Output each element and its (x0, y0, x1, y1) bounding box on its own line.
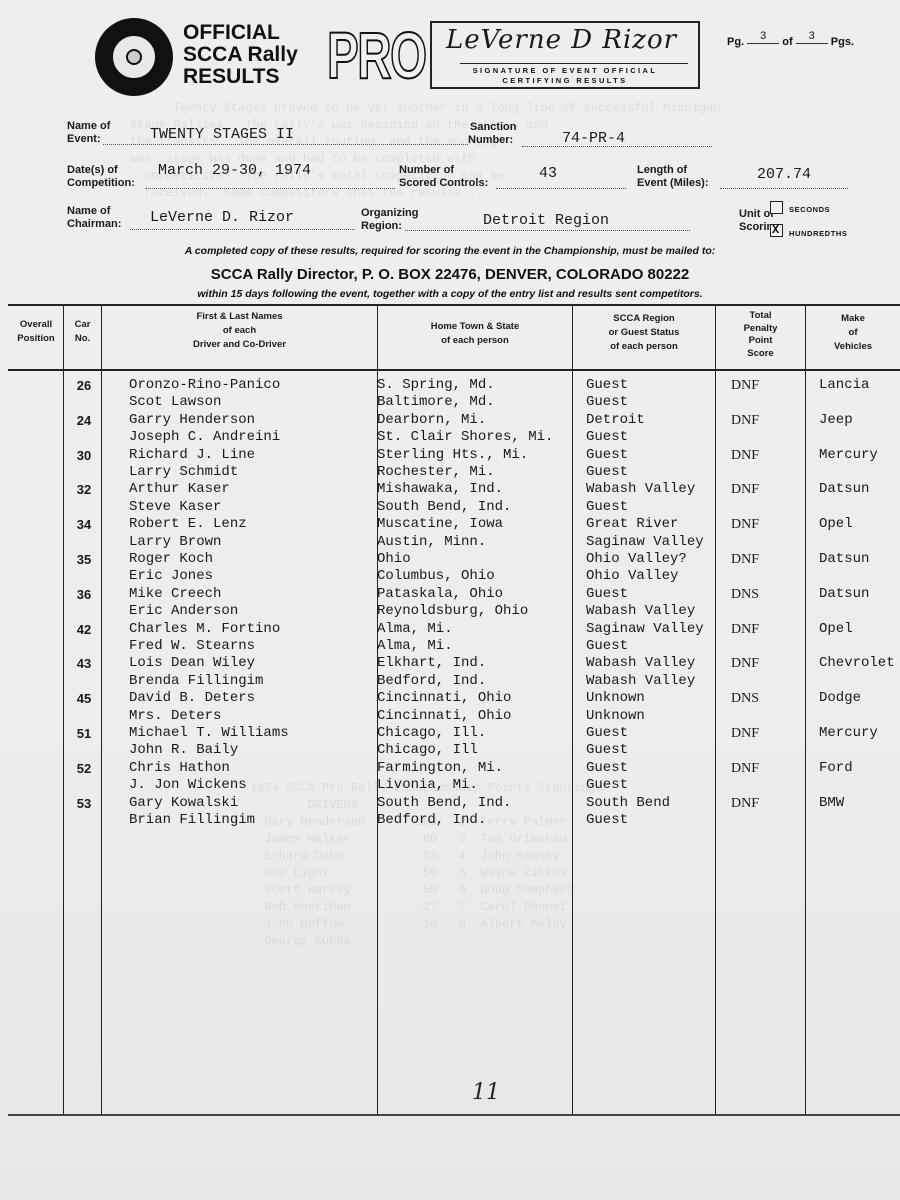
table-row: Larry SchmidtRochester, Mi.Guest (0, 464, 900, 481)
table-row: Eric JonesColumbus, OhioOhio Valley (0, 568, 900, 585)
driver-name: Gary Kowalski (129, 795, 238, 812)
car-number: 35 (70, 551, 98, 568)
scca-region: South Bend (586, 795, 670, 812)
table-row: 36Mike CreechPataskala, OhioGuestDNSDats… (0, 586, 900, 603)
home-town: Chicago, Ill. (377, 725, 486, 742)
vehicle-make: Datsun (819, 586, 869, 603)
scca-region: Guest (586, 812, 628, 829)
penalty-score: DNF (731, 655, 759, 672)
scca-region: Guest (586, 777, 628, 794)
table-row: 51Michael T. WilliamsChicago, Ill.GuestD… (0, 725, 900, 742)
driver-name: Richard J. Line (129, 447, 255, 464)
driver-name: Joseph C. Andreini (129, 429, 280, 446)
driver-name: Michael T. Williams (129, 725, 289, 742)
driver-name: David B. Deters (129, 690, 255, 707)
length-field[interactable]: 207.74 (757, 166, 811, 183)
dates-label: Date(s) ofCompetition: (67, 164, 135, 190)
table-row: Brian FillingimBedford, Ind.Guest (0, 812, 900, 829)
home-town: Bedford, Ind. (377, 812, 486, 829)
scca-logo-icon (95, 18, 173, 96)
column-header-make: MakeofVehicles (806, 312, 900, 354)
table-row: Mrs. DetersCincinnati, OhioUnknown (0, 708, 900, 725)
chairman-field[interactable]: LeVerne D. Rizor (150, 209, 294, 226)
scca-region: Wabash Valley (586, 481, 695, 498)
scca-region: Guest (586, 499, 628, 516)
scca-region: Ohio Valley (586, 568, 678, 585)
driver-name: Eric Jones (129, 568, 213, 585)
driver-name: Mike Creech (129, 586, 221, 603)
penalty-score: DNF (731, 725, 759, 742)
vehicle-make: Opel (819, 516, 853, 533)
hundredths-checkbox[interactable] (770, 224, 783, 237)
table-row: 35Roger KochOhioOhio Valley?DNFDatsun (0, 551, 900, 568)
column-header-region: SCCA Regionor Guest Statusof each person (573, 312, 715, 354)
car-number: 36 (70, 586, 98, 603)
home-town: Alma, Mi. (377, 638, 453, 655)
penalty-score: DNF (731, 481, 759, 498)
driver-name: Lois Dean Wiley (129, 655, 255, 672)
home-town: Livonia, Mi. (377, 777, 478, 794)
table-row: 30Richard J. LineSterling Hts., Mi.Guest… (0, 447, 900, 464)
column-header-names: First & Last Namesof eachDriver and Co-D… (102, 310, 377, 352)
chairman-label: Name ofChairman: (67, 205, 121, 231)
scca-region: Guest (586, 377, 628, 394)
driver-name: Mrs. Deters (129, 708, 221, 725)
home-town: Elkhart, Ind. (377, 655, 486, 672)
driver-name: Brenda Fillingim (129, 673, 263, 690)
scca-region: Wabash Valley (586, 655, 695, 672)
penalty-score: DNF (731, 621, 759, 638)
car-number: 51 (70, 725, 98, 742)
scca-region: Guest (586, 742, 628, 759)
home-town: Columbus, Ohio (377, 568, 495, 585)
table-row: Brenda FillingimBedford, Ind.Wabash Vall… (0, 673, 900, 690)
car-number: 32 (70, 481, 98, 498)
penalty-score: DNF (731, 412, 759, 429)
scca-region: Guest (586, 760, 628, 777)
driver-name: Eric Anderson (129, 603, 238, 620)
scca-region: Saginaw Valley (586, 534, 704, 551)
scca-region: Wabash Valley (586, 673, 695, 690)
page-number: 3 (747, 32, 779, 44)
home-town: South Bend, Ind. (377, 499, 511, 516)
home-town: Cincinnati, Ohio (377, 708, 511, 725)
vehicle-make: Lancia (819, 377, 869, 394)
vehicle-make: Mercury (819, 725, 878, 742)
home-town: Dearborn, Mi. (377, 412, 486, 429)
car-number: 34 (70, 516, 98, 533)
penalty-score: DNF (731, 795, 759, 812)
scca-region: Guest (586, 638, 628, 655)
driver-name: Garry Henderson (129, 412, 255, 429)
penalty-score: DNF (731, 516, 759, 533)
penalty-score: DNF (731, 551, 759, 568)
page-counter: Pg. 3 of 3 Pgs. (727, 36, 854, 50)
home-town: Alma, Mi. (377, 621, 453, 638)
car-number: 52 (70, 760, 98, 777)
car-number: 42 (70, 621, 98, 638)
table-row: Larry BrownAustin, Minn.Saginaw Valley (0, 534, 900, 551)
table-row: 24Garry HendersonDearborn, Mi.DetroitDNF… (0, 412, 900, 429)
vehicle-make: Dodge (819, 690, 861, 707)
signature-box: LeVerne D Rizor SIGNATURE OF EVENT OFFIC… (430, 21, 700, 89)
vehicle-make: Chevrolet (819, 655, 895, 672)
signature-caption-1: SIGNATURE OF EVENT OFFICIAL (432, 66, 698, 75)
column-header-score: TotalPenaltyPointScore (716, 310, 805, 360)
penalty-score: DNF (731, 447, 759, 464)
home-town: St. Clair Shores, Mi. (377, 429, 553, 446)
home-town: Sterling Hts., Mi. (377, 447, 528, 464)
penalty-score: DNS (731, 690, 759, 707)
table-row: J. Jon WickensLivonia, Mi.Guest (0, 777, 900, 794)
table-row: 52Chris HathonFarmington, Mi.GuestDNFFor… (0, 760, 900, 777)
table-row: 45David B. DetersCincinnati, OhioUnknown… (0, 690, 900, 707)
car-number: 30 (70, 447, 98, 464)
mailing-address: SCCA Rally Director, P. O. BOX 22476, DE… (0, 266, 900, 283)
deadline-notice: within 15 days following the event, toge… (0, 288, 900, 300)
table-row: Scot LawsonBaltimore, Md.Guest (0, 394, 900, 411)
pro-mark: PRO (327, 22, 426, 88)
scca-region: Ohio Valley? (586, 551, 687, 568)
penalty-score: DNS (731, 586, 759, 603)
home-town: Ohio (377, 551, 411, 568)
scca-region: Guest (586, 725, 628, 742)
driver-name: Oronzo-Rino-Panico (129, 377, 280, 394)
home-town: Austin, Minn. (377, 534, 486, 551)
driver-name: Arthur Kaser (129, 481, 230, 498)
car-number: 24 (70, 412, 98, 429)
home-town: Farmington, Mi. (377, 760, 503, 777)
table-row: 53Gary KowalskiSouth Bend, Ind.South Ben… (0, 795, 900, 812)
home-town: Cincinnati, Ohio (377, 690, 511, 707)
seconds-checkbox[interactable] (770, 201, 783, 214)
driver-name: Robert E. Lenz (129, 516, 247, 533)
table-row: Eric AndersonReynoldsburg, OhioWabash Va… (0, 603, 900, 620)
home-town: Baltimore, Md. (377, 394, 495, 411)
vehicle-make: Datsun (819, 481, 869, 498)
scca-region: Guest (586, 447, 628, 464)
table-row: 34Robert E. LenzMuscatine, IowaGreat Riv… (0, 516, 900, 533)
driver-name: J. Jon Wickens (129, 777, 247, 794)
column-header-town: Home Town & Stateof each person (378, 320, 572, 348)
scca-region: Saginaw Valley (586, 621, 704, 638)
home-town: Muscatine, Iowa (377, 516, 503, 533)
table-row: Steve KaserSouth Bend, Ind.Guest (0, 499, 900, 516)
penalty-score: DNF (731, 760, 759, 777)
scca-region: Detroit (586, 412, 645, 429)
scca-region: Great River (586, 516, 678, 533)
home-town: Rochester, Mi. (377, 464, 495, 481)
signature: LeVerne D Rizor (446, 25, 677, 55)
car-number: 45 (70, 690, 98, 707)
home-town: Bedford, Ind. (377, 673, 486, 690)
home-town: Chicago, Ill (377, 742, 478, 759)
car-number: 43 (70, 655, 98, 672)
scca-region: Guest (586, 464, 628, 481)
home-town: Pataskala, Ohio (377, 586, 503, 603)
driver-name: Scot Lawson (129, 394, 221, 411)
penalty-score: DNF (731, 377, 759, 394)
signature-caption-2: CERTIFYING RESULTS (432, 76, 698, 85)
table-row: 42Charles M. FortinoAlma, Mi.Saginaw Val… (0, 621, 900, 638)
scca-region: Unknown (586, 708, 645, 725)
driver-name: Brian Fillingim (129, 812, 255, 829)
vehicle-make: Datsun (819, 551, 869, 568)
event-name-label: Name ofEvent: (67, 120, 110, 146)
region-field[interactable]: Detroit Region (483, 212, 609, 229)
car-number: 26 (70, 377, 98, 394)
driver-name: Roger Koch (129, 551, 213, 568)
scca-region: Guest (586, 394, 628, 411)
driver-name: Larry Brown (129, 534, 221, 551)
handwritten-mark: 11 (472, 1080, 500, 1105)
car-number: 53 (70, 795, 98, 812)
home-town: S. Spring, Md. (377, 377, 495, 394)
table-row: 26Oronzo-Rino-PanicoS. Spring, Md.GuestD… (0, 377, 900, 394)
scca-region: Unknown (586, 690, 645, 707)
table-row: 32Arthur KaserMishawaka, Ind.Wabash Vall… (0, 481, 900, 498)
home-town: Reynoldsburg, Ohio (377, 603, 528, 620)
driver-name: Charles M. Fortino (129, 621, 280, 638)
vehicle-make: Ford (819, 760, 853, 777)
mail-notice: A completed copy of these results, requi… (0, 245, 900, 257)
table-row: Fred W. StearnsAlma, Mi.Guest (0, 638, 900, 655)
vehicle-make: BMW (819, 795, 844, 812)
scca-region: Guest (586, 429, 628, 446)
results-form-page: OFFICIAL SCCA Rally RESULTS PRO LeVerne … (0, 0, 900, 1200)
form-title: OFFICIAL SCCA Rally RESULTS (183, 22, 298, 88)
vehicle-make: Jeep (819, 412, 853, 429)
table-row: John R. BailyChicago, IllGuest (0, 742, 900, 759)
table-row: 43Lois Dean WileyElkhart, Ind.Wabash Val… (0, 655, 900, 672)
driver-name: Larry Schmidt (129, 464, 238, 481)
bleed-through-text: Twenty Stages proved to be yet another i… (130, 100, 721, 202)
home-town: Mishawaka, Ind. (377, 481, 503, 498)
table-row: Joseph C. AndreiniSt. Clair Shores, Mi.G… (0, 429, 900, 446)
vehicle-make: Mercury (819, 447, 878, 464)
column-header-position: OverallPosition (9, 318, 63, 346)
driver-name: Fred W. Stearns (129, 638, 255, 655)
scca-region: Guest (586, 586, 628, 603)
page-total: 3 (796, 32, 828, 44)
driver-name: Chris Hathon (129, 760, 230, 777)
driver-name: John R. Baily (129, 742, 238, 759)
column-header-car: CarNo. (64, 318, 101, 346)
home-town: South Bend, Ind. (377, 795, 511, 812)
vehicle-make: Opel (819, 621, 853, 638)
driver-name: Steve Kaser (129, 499, 221, 516)
scca-region: Wabash Valley (586, 603, 695, 620)
